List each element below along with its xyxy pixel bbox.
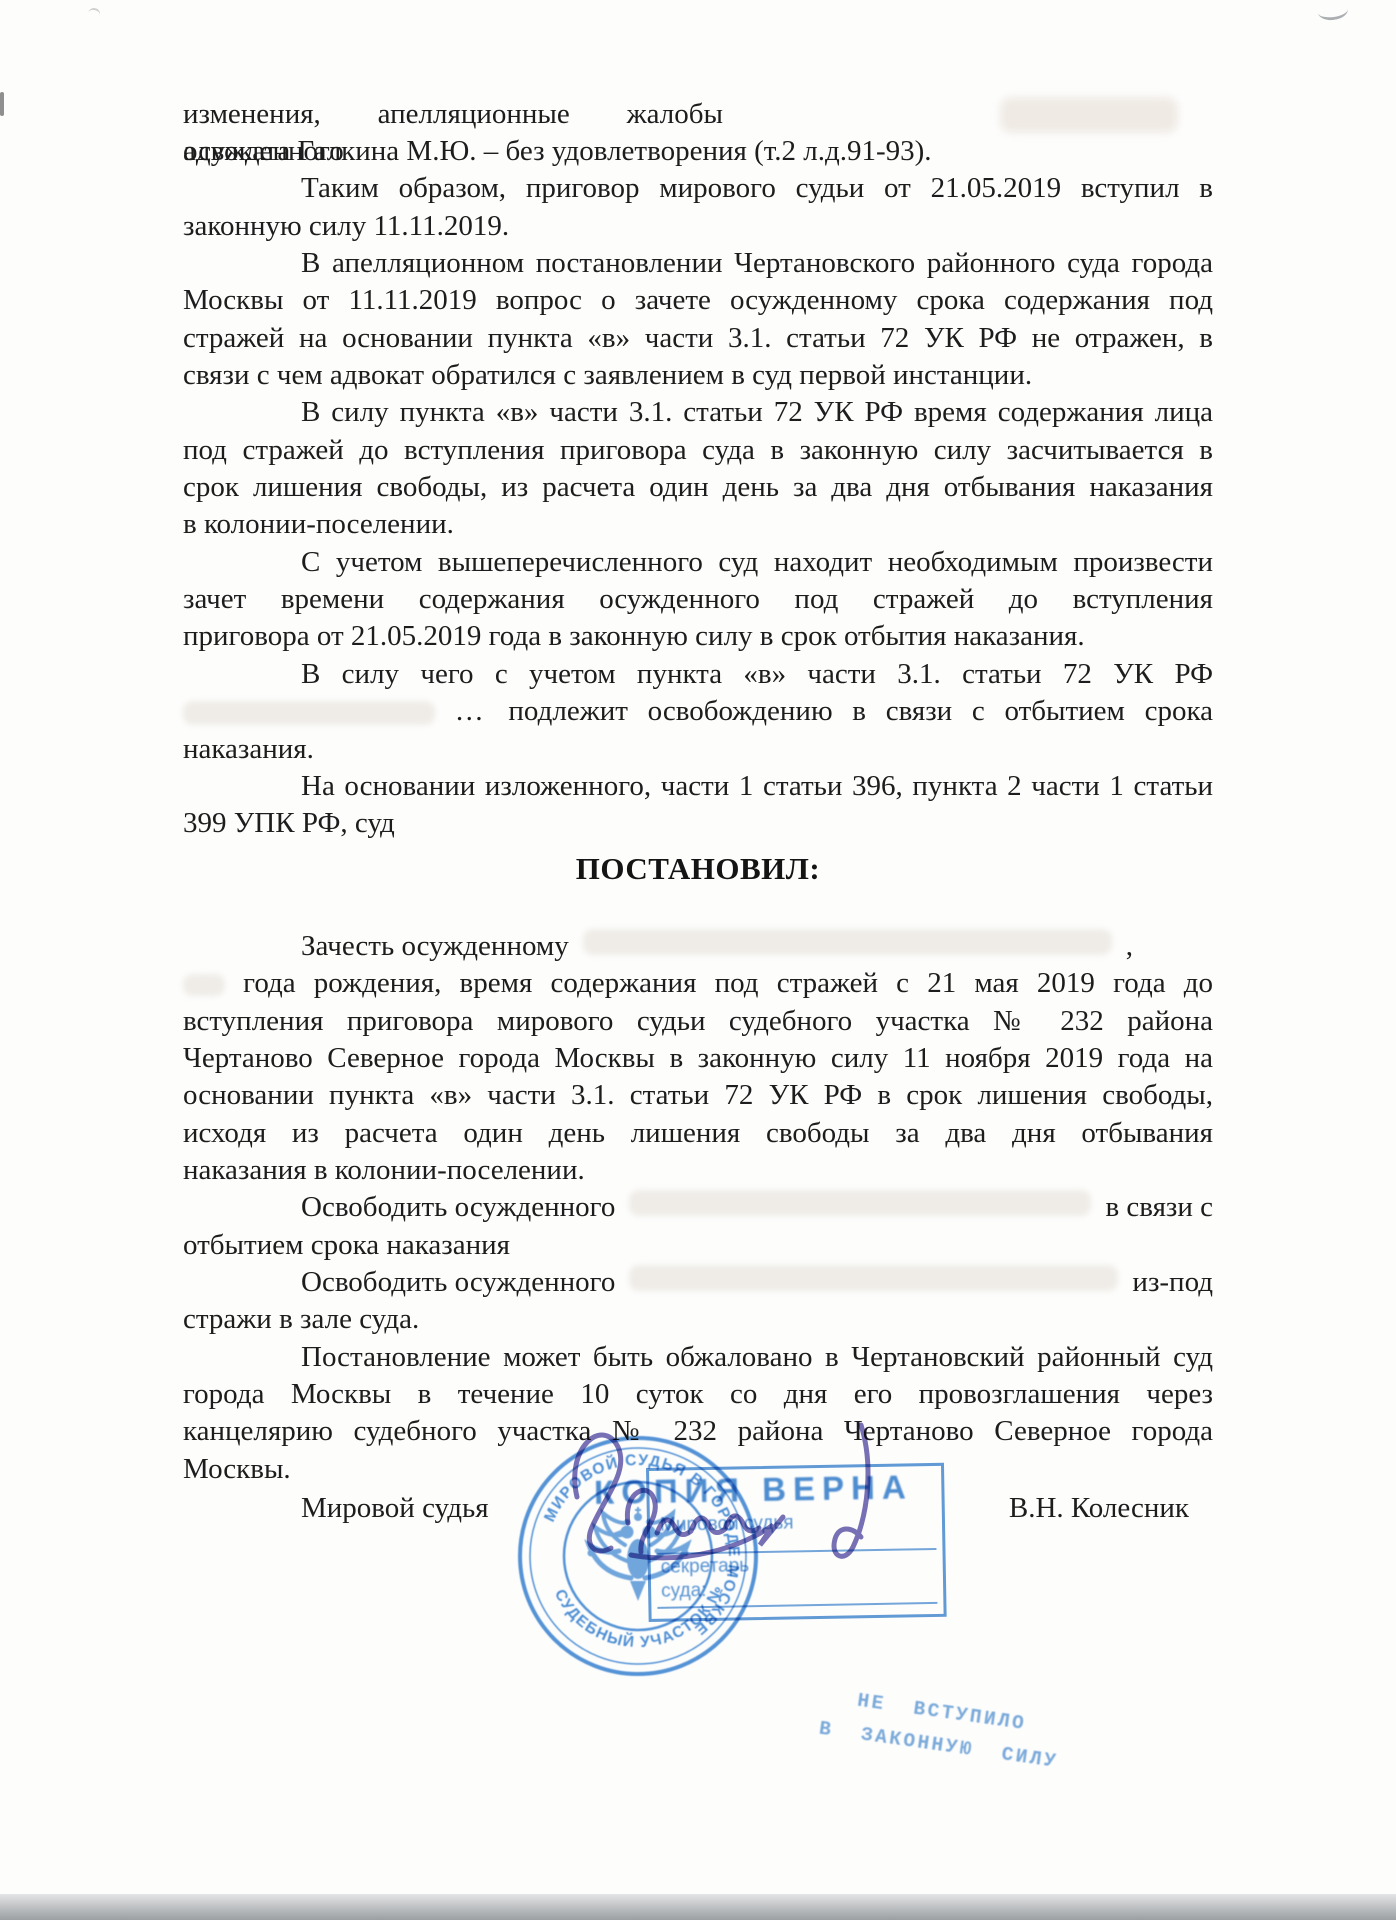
redaction-blob (629, 1190, 1091, 1216)
document-line: отбытием срока наказания (183, 1227, 1213, 1264)
document-line: стражей на основании пункта «в» части 3.… (183, 320, 1213, 357)
document-line: законную силу 11.11.2019. (183, 208, 1213, 245)
document-line: Таким образом, приговор мирового судьи о… (183, 170, 1213, 207)
document-line: зачет времени содержания осужденного под… (183, 581, 1213, 618)
judge-signature (535, 1405, 895, 1580)
document-line: стражи в зале суда. (183, 1301, 1213, 1338)
document-line: срок лишения свободы, из расчета один де… (183, 469, 1213, 506)
redaction-blob (629, 1265, 1118, 1291)
document-line: В силу пункта «в» части 3.1. статьи 72 У… (183, 394, 1213, 431)
not-in-force-stamp: НЕ ВСТУПИЛО В ЗАКОННУЮ СИЛУ (817, 1680, 1065, 1779)
document-line: Освободить осужденногоиз-под (183, 1264, 1213, 1301)
document-line: связи с чем адвокат обратился с заявлени… (183, 357, 1213, 394)
document-line: вступления приговора мирового судьи суде… (183, 1003, 1213, 1040)
signer-name: В.Н. Колесник (1009, 1490, 1189, 1527)
redaction-blob (183, 701, 435, 725)
signer-role-label: Мировой судья (301, 1490, 489, 1527)
document-line: исходя из расчета один день лишения своб… (183, 1115, 1213, 1152)
redaction-blob (183, 974, 225, 996)
resolution-heading: ПОСТАНОВИЛ: (183, 850, 1213, 887)
document-line: В силу чего с учетом пункта «в» части 3.… (183, 656, 1213, 693)
document-line: наказания. (183, 731, 1213, 768)
scan-edge-band (0, 1894, 1396, 1920)
scan-artifact (1317, 0, 1349, 22)
document-line: в колонии-поселении. (183, 506, 1213, 543)
scan-artifact (87, 7, 101, 21)
redaction-blob (1000, 97, 1178, 133)
document-line: основании пункта «в» части 3.1. статьи 7… (183, 1077, 1213, 1114)
document-line: Москвы от 11.11.2019 вопрос о зачете осу… (183, 282, 1213, 319)
document-line: приговора от 21.05.2019 года в законную … (183, 618, 1213, 655)
scanned-court-document: изменения, апелляционные жалобы осужденн… (0, 0, 1396, 1920)
document-line: В апелляционном постановлении Чертановск… (183, 245, 1213, 282)
document-line: На основании изложенного, части 1 статьи… (183, 768, 1213, 805)
scan-artifact (0, 92, 4, 116)
document-line: наказания в колонии-поселении. (183, 1152, 1213, 1189)
document-line: Чертаново Северное города Москвы в закон… (183, 1040, 1213, 1077)
document-line: С учетом вышеперечисленного суд находит … (183, 544, 1213, 581)
document-line: Постановление может быть обжаловано в Че… (183, 1339, 1213, 1376)
document-line: под стражей до вступления приговора суда… (183, 432, 1213, 469)
redaction-blob (583, 929, 1112, 955)
document-line: … подлежит освобождению в связи с отбыти… (183, 693, 1213, 730)
document-line: Зачесть осужденному, (183, 928, 1213, 965)
document-line: 399 УПК РФ, суд (183, 805, 1213, 842)
document-line: года рождения, время содержания под стра… (183, 965, 1213, 1002)
document-line: Освободить осужденногов связи с (183, 1189, 1213, 1226)
document-line: адвоката Галкина М.Ю. – без удовлетворен… (183, 133, 1213, 170)
